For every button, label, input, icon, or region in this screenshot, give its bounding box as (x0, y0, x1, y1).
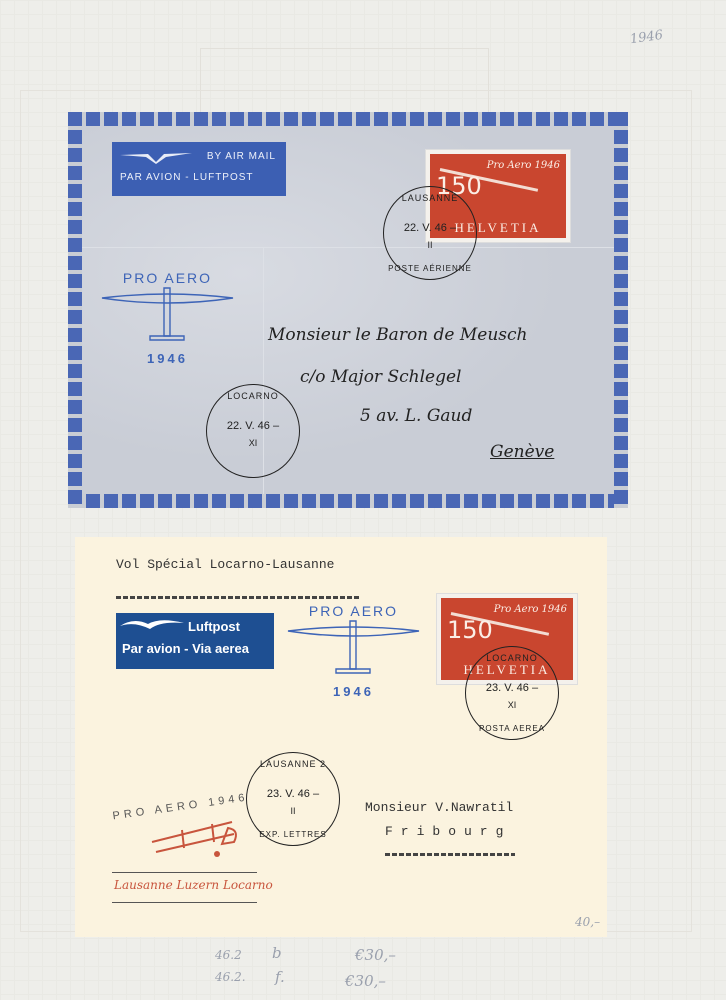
address-line: Fribourg (385, 824, 511, 839)
border-bottom (68, 494, 628, 508)
label-line2: PAR AVION - LUFTPOST (120, 172, 254, 183)
postmark-date: 23. V. 46 – (466, 682, 558, 694)
postmark-city: LOCARNO (466, 653, 558, 663)
postmark-locarno: LOCARNO 22. V. 46 – XI (206, 384, 300, 478)
pencil-price-note: 40,– (575, 915, 600, 929)
cachet-year: 1946 (286, 684, 421, 699)
pencil-price: €30,– (345, 972, 386, 990)
red-biplane-cachet: PRO AERO 1946 (112, 800, 262, 867)
pro-aero-cachet-1: PRO AERO 1946 (100, 270, 235, 366)
postmark-city: LAUSANNE 2 (247, 759, 339, 769)
pencil-ref: 46.2. (215, 970, 246, 984)
airmail-label-2: Luftpost Par avion - Via aerea (116, 613, 274, 669)
cachet-line (112, 872, 257, 873)
label-line2: Par avion - Via aerea (122, 641, 249, 656)
pencil-ref: 46.2 (215, 948, 242, 962)
border-top (68, 112, 628, 126)
cachet-title: PRO AERO (100, 270, 235, 286)
postmark-date: 22. V. 46 – (207, 420, 299, 432)
postmark-locarno-2: LOCARNO 23. V. 46 – XI POSTA AEREA (465, 646, 559, 740)
route-text: Lausanne Luzern Locarno (114, 878, 273, 892)
postmark-code: XI (207, 438, 299, 448)
address-line: Genève (490, 442, 554, 462)
typed-underline (385, 853, 515, 856)
postmark-code: II (384, 240, 476, 250)
fold-line (82, 247, 614, 248)
postmark-city: LAUSANNE (384, 193, 476, 203)
stamp-value: 150 (447, 616, 493, 644)
cachet-line (112, 902, 257, 903)
border-right (614, 112, 628, 508)
address-line: Monsieur V.Nawratil (365, 800, 513, 815)
pencil-grade: b (272, 944, 282, 962)
stamp-inscription: Pro Aero 1946 (494, 604, 567, 615)
label-line1: BY AIR MAIL (207, 151, 276, 162)
postmark-bottom: POSTE AÉRIENNE (384, 264, 476, 273)
airmail-label-1: BY AIR MAIL PAR AVION - LUFTPOST (112, 142, 286, 196)
pro-aero-cachet-2: PRO AERO 1946 (286, 603, 421, 699)
flight-header: Vol Spécial Locarno-Lausanne (116, 557, 334, 572)
cachet-title: PRO AERO (286, 603, 421, 619)
glider-icon (286, 619, 421, 679)
glider-icon (100, 286, 235, 346)
postmark-city: LOCARNO (207, 391, 299, 401)
cachet-year: 1946 (100, 351, 235, 366)
pencil-price: €30,– (355, 946, 396, 964)
address-line: 5 av. L. Gaud (360, 406, 472, 426)
typed-underline (116, 596, 361, 599)
address-line: c/o Major Schlegel (300, 367, 461, 387)
border-left (68, 112, 82, 508)
stamp-inscription: Pro Aero 1946 (487, 160, 560, 171)
postmark-date: 22. V. 46 – (384, 222, 476, 234)
bird-icon (120, 150, 192, 164)
pencil-grade: f. (275, 968, 285, 986)
biplane-icon (142, 812, 252, 862)
seagull-icon (120, 617, 184, 631)
postmark-bottom: POSTA AEREA (466, 724, 558, 733)
label-line1: Luftpost (188, 619, 240, 634)
address-line: Monsieur le Baron de Meusch (268, 325, 528, 345)
postmark-lausanne: LAUSANNE 22. V. 46 – II POSTE AÉRIENNE (383, 186, 477, 280)
postmark-code: XI (466, 700, 558, 710)
